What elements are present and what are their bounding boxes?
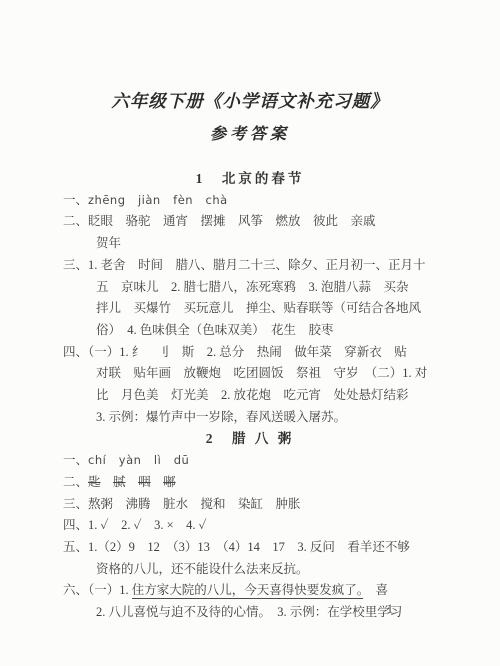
page-number: 1: [387, 602, 393, 617]
answer-line: 对联 贴年画 放鞭炮 吃团圆饭 祭祖 守岁 （二）1. 对: [63, 363, 437, 385]
text-segment: [101, 475, 114, 489]
text-segment: 拌儿 买爆竹 买玩意儿 掸尘、贴春联等（可结合各地风: [96, 301, 421, 315]
answer-line: 五、1.（2）9 12 （3）13 （4）14 17 3. 反问 看羊还不够: [63, 537, 437, 559]
pinyin-text: chí yàn lì dū: [88, 453, 189, 467]
crossed-out-char: 腻: [113, 475, 126, 489]
text-segment: 二、: [63, 475, 88, 489]
text-segment: 喜: [363, 583, 388, 597]
text-segment: 贺年: [96, 236, 121, 250]
answer-line: 一、chí yàn lì dū: [63, 450, 437, 472]
answer-line: 俗） 4. 色味俱全（色味双美） 花生 胶枣: [63, 320, 437, 342]
answer-line: 三、1. 老舍 时间 腊八、腊月二十三、除夕、正月初一、正月十: [63, 255, 437, 277]
answer-line: 拌儿 买爆竹 买玩意儿 掸尘、贴春联等（可结合各地风: [63, 298, 437, 320]
text-segment: 三、1. 老舍 时间 腊八、腊月二十三、除夕、正月初一、正月十: [63, 258, 426, 272]
text-segment: 比 月色美 灯光美 2. 放花炮 吃元宵 处处悬灯结彩: [96, 388, 409, 402]
text-segment: 俗） 4. 色味俱全（色味双美） 花生 胶枣: [96, 323, 334, 337]
answer-line: 3. 示例：爆竹声中一岁除，春风送暖入屠苏。: [63, 407, 437, 429]
text-segment: 三、熬粥 沸腾 脏水 搅和 染缸 肿胀: [63, 497, 301, 511]
text-segment: 3. 示例：爆竹声中一岁除，春风送暖入屠苏。: [96, 410, 346, 424]
crossed-out-char: 咽: [138, 475, 151, 489]
text-segment: 一、: [63, 453, 88, 467]
text-segment: 四、（一）1. 纟 刂 斯 2. 总分 热闹 做年菜 穿新衣 贴: [63, 345, 407, 359]
text-segment: 一、: [63, 193, 88, 207]
section-heading: 2 腊 八 粥: [63, 428, 437, 450]
answer-line: 四、1. ✓ 2. ✓ 3. × 4. ✓: [63, 515, 437, 537]
answer-line: 一、zhēng jiàn fèn chà: [63, 190, 437, 212]
underlined-sentence: 住方家大院的八儿，今天喜得快要发疯了。: [132, 583, 363, 599]
text-segment: 五 京味儿 2. 腊七腊八，冻死寒鸦 3. 泡腊八蒜 买杂: [96, 280, 409, 294]
answer-line: 2. 八儿喜悦与迫不及待的心情。 3. 示例：在学校里学习: [63, 602, 437, 624]
text-segment: 六、（一）1.: [63, 583, 132, 597]
answer-line: 资格的八儿，还不能设什么法来反抗。: [63, 559, 437, 581]
text-segment: 资格的八儿，还不能设什么法来反抗。: [96, 562, 309, 576]
answer-line: 四、（一）1. 纟 刂 斯 2. 总分 热闹 做年菜 穿新衣 贴: [63, 342, 437, 364]
answer-line: 二、匙 腻 咽 嘟: [63, 472, 437, 494]
answer-line: 三、熬粥 沸腾 脏水 搅和 染缸 肿胀: [63, 494, 437, 516]
text-segment: 四、1. ✓ 2. ✓ 3. × 4. ✓: [63, 518, 207, 532]
crossed-out-char: 匙: [88, 475, 101, 489]
answer-line: 五 京味儿 2. 腊七腊八，冻死寒鸦 3. 泡腊八蒜 买杂: [63, 277, 437, 299]
text-segment: 二、眨眼 骆驼 通宵 摆摊 风筝 燃放 彼此 亲戚: [63, 214, 376, 228]
text-segment: [126, 475, 139, 489]
text-segment: 2. 八儿喜悦与迫不及待的心情。 3. 示例：在学校里学习: [96, 605, 402, 619]
answer-line: 二、眨眼 骆驼 通宵 摆摊 风筝 燃放 彼此 亲戚: [63, 211, 437, 233]
text-segment: 五、1.（2）9 12 （3）13 （4）14 17 3. 反问 看羊还不够: [63, 540, 410, 554]
crossed-out-char: 嘟: [163, 475, 176, 489]
section-heading: 1 北京的春节: [63, 168, 437, 190]
answer-line: 比 月色美 灯光美 2. 放花炮 吃元宵 处处悬灯结彩: [63, 385, 437, 407]
workbook-answer-page: 六年级下册《小学语文补充习题》 参考答案 1 北京的春节一、zhēng jiàn…: [0, 0, 500, 666]
answer-line: 贺年: [63, 233, 437, 255]
text-segment: [151, 475, 164, 489]
answers-subtitle: 参考答案: [0, 121, 500, 144]
answer-line: 六、（一）1. 住方家大院的八儿，今天喜得快要发疯了。 喜: [63, 580, 437, 602]
answers-content: 1 北京的春节一、zhēng jiàn fèn chà二、眨眼 骆驼 通宵 摆摊…: [63, 168, 437, 624]
pinyin-text: zhēng jiàn fèn chà: [88, 193, 228, 207]
text-segment: 对联 贴年画 放鞭炮 吃团圆饭 祭祖 守岁 （二）1. 对: [96, 366, 427, 380]
book-title: 六年级下册《小学语文补充习题》: [0, 0, 500, 113]
